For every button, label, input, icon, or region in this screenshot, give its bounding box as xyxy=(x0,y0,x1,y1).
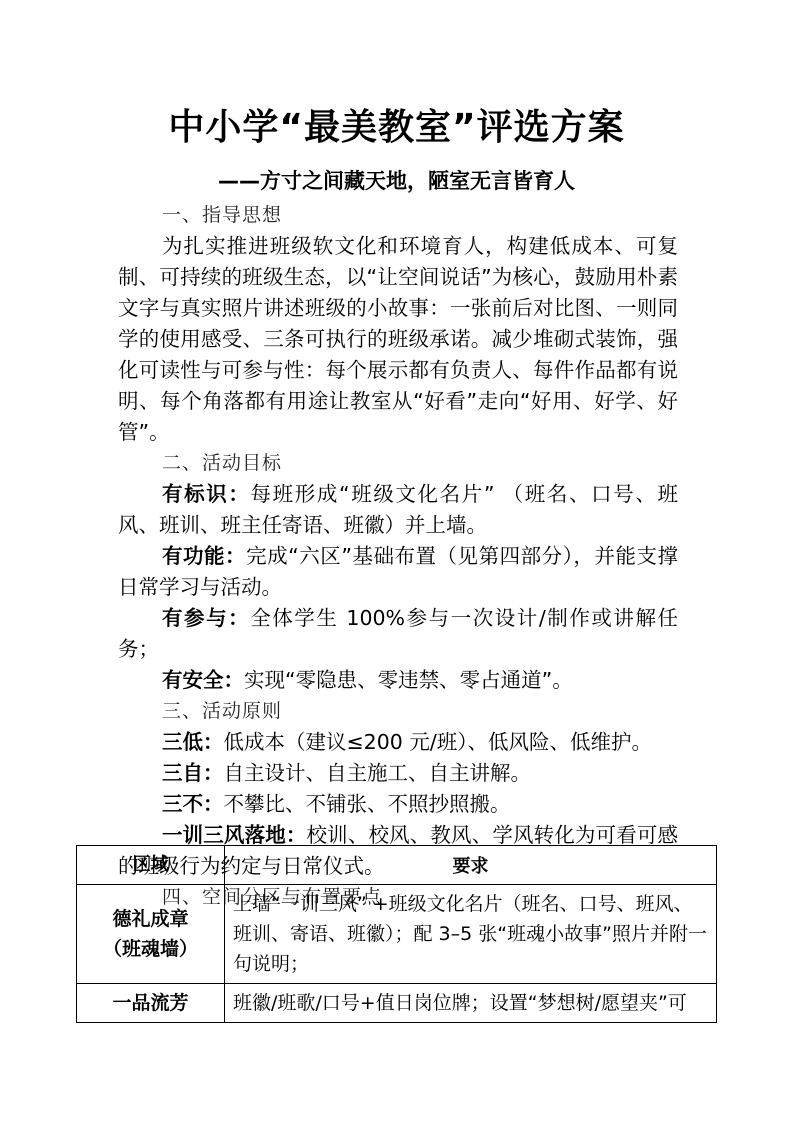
document-title: 中小学“最美教室”评选方案 xyxy=(0,104,793,152)
section-heading-guiding-ideology: 一、指导思想 xyxy=(118,200,678,231)
objective-label: 有安全： xyxy=(162,668,244,692)
requirement-text: 班徽/班歌/口号+值日岗位牌；设置“梦想树/愿望夹”可 xyxy=(233,992,687,1014)
objective-item: 有安全：实现“零隐患、零违禁、零占通道”。 xyxy=(118,665,678,696)
objective-item: 有参与：全体学生 100%参与一次设计/制作或讲解任务； xyxy=(118,603,678,665)
principle-label: 三自： xyxy=(162,761,224,785)
table-header-row: 区域 要求 xyxy=(77,846,717,885)
objective-label: 有标识： xyxy=(162,482,250,506)
objective-item: 有标识：每班形成“班级文化名片” （班名、口号、班风、班训、班主任寄语、班徽）并… xyxy=(118,479,678,541)
principle-text: 自主设计、自主施工、自主讲解。 xyxy=(224,761,532,785)
table-header-zone: 区域 xyxy=(77,846,225,885)
principle-label: 三低： xyxy=(162,730,224,754)
section-heading-objectives: 二、活动目标 xyxy=(118,448,678,479)
table-cell-zone: 一品流芳 xyxy=(77,984,225,1023)
table-row: 一品流芳 班徽/班歌/口号+值日岗位牌；设置“梦想树/愿望夹”可 xyxy=(77,984,717,1023)
section-paragraph-guiding-ideology: 为扎实推进班级软文化和环境育人，构建低成本、可复制、可持续的班级生态，以“让空间… xyxy=(118,231,678,448)
objective-text: 实现“零隐患、零违禁、零占通道”。 xyxy=(244,668,573,692)
table-header-requirement: 要求 xyxy=(225,846,717,885)
principle-item: 三低：低成本（建议≤200 元/班）、低风险、低维护。 xyxy=(118,727,678,758)
principle-label: 一训三风落地： xyxy=(162,823,307,847)
section-heading-principles: 三、活动原则 xyxy=(118,696,678,727)
table-cell-requirement: 班徽/班歌/口号+值日岗位牌；设置“梦想树/愿望夹”可 xyxy=(225,984,717,1023)
document-page: 中小学“最美教室”评选方案 ——方寸之间藏天地，陋室无言皆育人 一、指导思想 为… xyxy=(0,0,793,1122)
table-row: 德礼成章 （班魂墙） 上墙“一训三风” +班级文化名片（班名、口号、班风、班训、… xyxy=(77,885,717,984)
table-cell-requirement: 上墙“一训三风” +班级文化名片（班名、口号、班风、班训、寄语、班徽）；配 3–… xyxy=(225,885,717,984)
table-cell-zone: 德礼成章 （班魂墙） xyxy=(77,885,225,984)
objective-item: 有功能：完成“六区”基础布置（见第四部分），并能支撑日常学习与活动。 xyxy=(118,541,678,603)
zone-name: 德礼成章 xyxy=(85,904,216,934)
document-body: 一、指导思想 为扎实推进班级软文化和环境育人，构建低成本、可复制、可持续的班级生… xyxy=(118,200,678,913)
zoning-table: 区域 要求 德礼成章 （班魂墙） 上墙“一训三风” +班级文化名片（班名、口号、… xyxy=(76,845,717,1023)
principle-text: 不攀比、不铺张、不照抄照搬。 xyxy=(224,792,511,816)
zone-subname: （班魂墙） xyxy=(85,934,216,964)
objective-label: 有功能： xyxy=(162,544,246,568)
principle-item: 三自：自主设计、自主施工、自主讲解。 xyxy=(118,758,678,789)
principle-text: 低成本（建议≤200 元/班）、低风险、低维护。 xyxy=(224,730,652,754)
principle-item: 三不：不攀比、不铺张、不照抄照搬。 xyxy=(118,789,678,820)
objective-label: 有参与： xyxy=(162,606,250,630)
principle-label: 三不： xyxy=(162,792,224,816)
document-subtitle: ——方寸之间藏天地，陋室无言皆育人 xyxy=(0,166,793,196)
